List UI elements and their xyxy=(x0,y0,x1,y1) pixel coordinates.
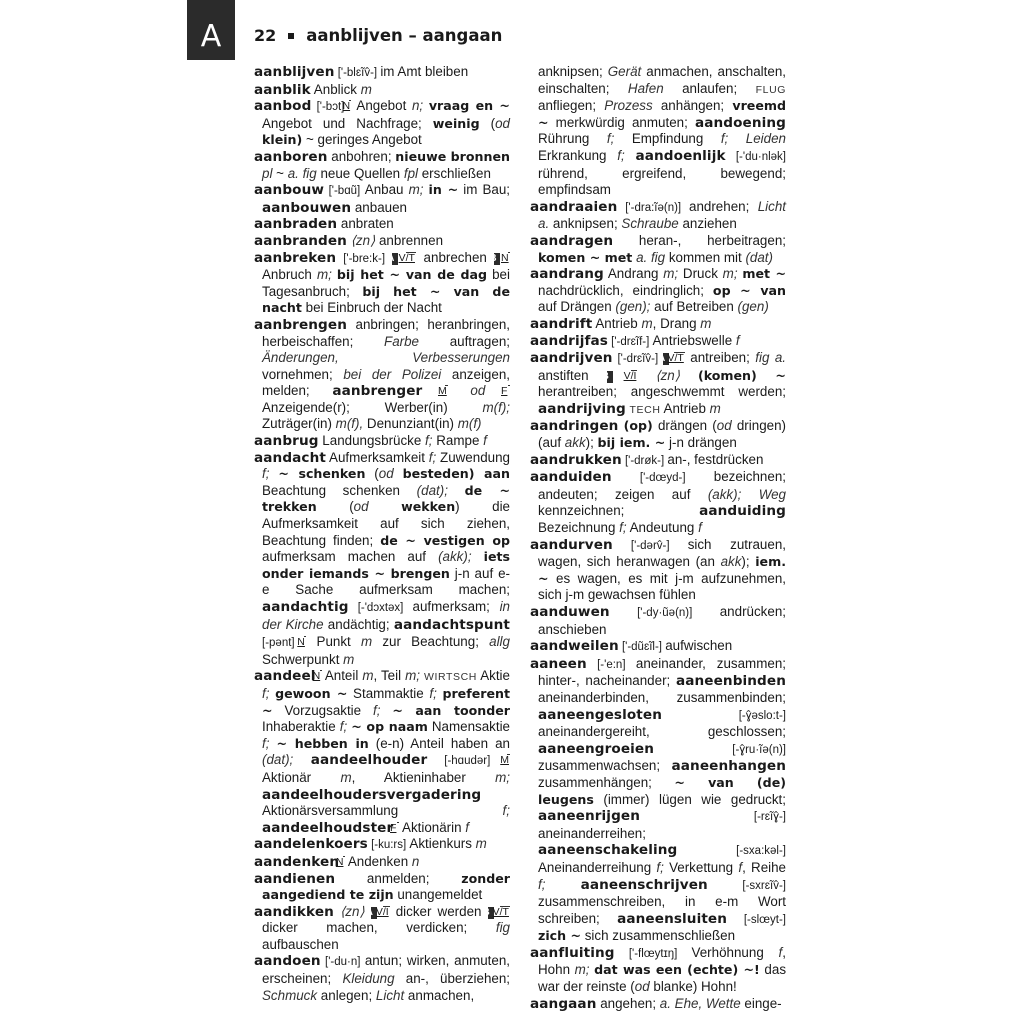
headword: aandragen xyxy=(530,233,613,249)
sense-badge: B xyxy=(607,371,613,383)
definition-text: auf Drängen xyxy=(538,299,615,314)
dictionary-entry: aandraaien ['-dra:ĩə(n)] andrehen; Licht… xyxy=(530,199,786,233)
definition-text: erschließen xyxy=(418,166,491,181)
definition-text: Aktionärsversammlung xyxy=(262,803,503,818)
headword: aanbrenger xyxy=(332,383,422,399)
definition-text: dicker machen, verdicken; xyxy=(262,920,496,935)
bold-phrase: ~ schenken xyxy=(278,466,365,481)
right-column: anknipsen; Gerät anmachen, anschalten, e… xyxy=(530,64,786,1012)
pronunciation: ['-flœytɪŋ] xyxy=(615,948,692,960)
headword: aanblijven xyxy=(254,64,335,80)
definition-text: Druck xyxy=(678,266,723,281)
definition-text: kommen mit xyxy=(665,250,745,265)
definition-text: , Reihe xyxy=(742,860,786,875)
dictionary-entry: aanbreken ['-bre:k-] A V/T anbrechen B N… xyxy=(254,250,510,317)
pronunciation: [-ku:rs] xyxy=(368,839,410,851)
dictionary-entry: aandragen heran-, herbeitragen; komen ~ … xyxy=(530,233,786,266)
definition-text: Zuwendung xyxy=(436,450,510,465)
definition-text: aufbauschen xyxy=(262,937,339,952)
dictionary-entry: aandrift Antrieb m, Drang m xyxy=(530,316,786,333)
definition-text: Antriebswelle xyxy=(653,333,736,348)
definition-text: Namensaktie xyxy=(428,719,510,734)
page-number: 22 xyxy=(254,26,276,45)
italic-label: (dat) xyxy=(745,250,773,265)
bold-phrase: gewoon ~ xyxy=(275,686,347,701)
definition-text xyxy=(741,487,758,502)
definition-text: drängen ( xyxy=(653,418,717,433)
definition-text: anmelden; xyxy=(335,871,461,886)
definition-text: Verkettung xyxy=(664,860,738,875)
section-letter-tab: A xyxy=(187,0,235,60)
definition-text: zusammenhängen; xyxy=(538,775,674,790)
left-column: aanblijven ['-blɛĩv̂-] im Amt bleibenaan… xyxy=(254,64,510,1004)
pronunciation: ['-dy·ũə(n)] xyxy=(610,607,720,619)
definition-text xyxy=(472,549,484,564)
italic-label: n xyxy=(412,854,419,869)
bold-phrase: komen ~ met xyxy=(538,250,632,265)
grammar-label: M xyxy=(507,754,510,766)
definition-text xyxy=(269,466,278,481)
italic-label: m; xyxy=(663,266,678,281)
headword: aaneenschrijven xyxy=(581,877,708,893)
headword: aandikken xyxy=(254,904,334,920)
definition-text: rührend, ergreifend, bewegend; empfindsa… xyxy=(538,166,786,198)
definition-text: Aneinanderreihung xyxy=(538,860,656,875)
definition-text: Andeutung xyxy=(627,520,698,535)
definition-text: Rampe xyxy=(433,433,484,448)
italic-label: od xyxy=(717,418,732,433)
dictionary-entry: aandienen anmelden; zonder aangediend te… xyxy=(254,871,510,904)
italic-label: m; xyxy=(495,770,510,785)
italic-label: f; xyxy=(617,148,624,163)
definition-text: j-n drängen xyxy=(665,435,736,450)
pronunciation: [-hɑudər] xyxy=(427,755,507,767)
italic-label: Leiden xyxy=(746,131,786,146)
headword: aandeelhouder xyxy=(311,752,428,768)
definition-text: aufmerksam machen auf xyxy=(262,549,438,564)
dictionary-entry: aandacht Aufmerksamkeit f; Zuwendung f; … xyxy=(254,450,510,669)
headword: aandrift xyxy=(530,316,592,332)
headword: aaneensluiten xyxy=(617,911,727,927)
headword: aaneenhangen xyxy=(672,758,787,774)
italic-label: Weg xyxy=(759,487,786,502)
definition-text: auftragen; xyxy=(419,334,510,349)
definition-text: blanke) Hohn! xyxy=(650,979,737,994)
definition-text: anziehen xyxy=(679,216,737,231)
definition-text: einge- xyxy=(741,996,782,1011)
definition-text: ( xyxy=(480,116,495,131)
dictionary-entry: anknipsen; Gerät anmachen, anschalten, e… xyxy=(530,64,786,199)
bold-phrase: (op) xyxy=(624,418,653,433)
definition-text: Antrieb xyxy=(592,316,641,331)
bold-phrase: in ~ xyxy=(429,182,459,197)
definition-text: anhängen; xyxy=(653,98,733,113)
dictionary-entry: aanbraden anbraten xyxy=(254,216,510,233)
bold-phrase: besteden) aan xyxy=(403,466,510,481)
dictionary-entry: aandrukken ['-drøk-] an-, festdrücken xyxy=(530,452,786,470)
italic-label: m xyxy=(361,82,372,97)
dictionary-entry: aandrang Andrang m; Druck m; met ~ nachd… xyxy=(530,266,786,316)
headword: aangaan xyxy=(530,996,596,1012)
definition-text: Zuträger(in) xyxy=(262,416,336,431)
definition-text: Rührung xyxy=(538,131,607,146)
dictionary-entry: aanboren anbohren; nieuwe bronnen pl ~ a… xyxy=(254,149,510,182)
headword: aandeel xyxy=(254,668,316,684)
headword: aanbrug xyxy=(254,433,319,449)
pronunciation: [-ɣ̂ru·ĩə(n)] xyxy=(654,744,786,756)
definition-text xyxy=(545,877,580,892)
definition-text: Aktienkurs xyxy=(409,836,475,851)
definition-text: ( xyxy=(317,499,354,514)
definition-text: Schwerpunkt xyxy=(262,652,343,667)
dictionary-entry: aanduwen ['-dy·ũə(n)] andrücken; anschie… xyxy=(530,604,786,638)
definition-text xyxy=(293,752,311,767)
pronunciation: [-'dɔxtəx] xyxy=(349,602,413,614)
grammar-label: N xyxy=(508,252,510,264)
definition-text: im Bau; xyxy=(458,182,510,197)
bold-phrase: zich ~ xyxy=(538,928,581,943)
definition-text: Angebot xyxy=(351,98,412,113)
italic-label: m; xyxy=(405,668,420,683)
bold-phrase: ~ op naam xyxy=(351,719,428,734)
headword: aaneenrijgen xyxy=(538,808,640,824)
definition-text: Empfindung xyxy=(614,131,720,146)
italic-label: od xyxy=(379,466,394,481)
italic-label: m xyxy=(362,668,373,683)
definition-text: merkwürdig anmuten; xyxy=(549,115,695,130)
definition-text: herantreiben; angeschwemmt werden; xyxy=(538,384,786,399)
definition-text: aufmerksam; xyxy=(413,599,500,614)
dictionary-entry: aandringen (op) drängen (od dringen) (au… xyxy=(530,418,786,451)
definition-text xyxy=(625,148,636,163)
dictionary-entry: aanbouw ['-bɑũ] Anbau m; in ~ im Bau; aa… xyxy=(254,182,510,216)
headword: aandoen xyxy=(254,953,321,969)
pronunciation: [-rɛĩɣ̂-] xyxy=(640,811,786,823)
headword: aandoenlijk xyxy=(635,148,725,164)
definition-text: zur Beachtung; xyxy=(372,634,489,649)
headword: aandurven xyxy=(530,537,613,553)
definition-text: anbrechen xyxy=(416,250,494,265)
subject-label: FLUG xyxy=(756,84,786,96)
definition-text: nachdrücklich, eindringlich; xyxy=(538,283,713,298)
definition-text xyxy=(637,368,655,383)
headword: aanduiden xyxy=(530,469,612,485)
definition-text: Andrang xyxy=(604,266,663,281)
italic-label: m; xyxy=(575,962,590,977)
italic-label: fpl xyxy=(404,166,418,181)
dictionary-entry: aanbranden ⟨zn⟩ anbrennen xyxy=(254,233,510,250)
definition-text: andächtig; xyxy=(324,617,394,632)
headword: aanbreken xyxy=(254,250,336,266)
definition-text: auf Betreiben xyxy=(650,299,737,314)
pronunciation: ['-bɑũ] xyxy=(324,185,365,197)
definition-text: neue Quellen xyxy=(317,166,404,181)
italic-label: od xyxy=(495,116,510,131)
pronunciation: ['-dœyd-] xyxy=(612,472,714,484)
grammar-label: F xyxy=(508,385,510,397)
italic-label: ⟨zn⟩ xyxy=(340,904,365,919)
definition-text: anlegen; xyxy=(317,988,376,1003)
definition-text: anlaufen; xyxy=(664,81,756,96)
subject-label: TECH xyxy=(630,404,661,416)
dictionary-entry: aandrijfas ['-drɛĩf-] Antriebswelle f xyxy=(530,333,786,351)
dictionary-entry: aandurven ['-dərv̂-] sich zutrauen, wage… xyxy=(530,537,786,604)
definition-text: aneinanderbinden, zusammenbinden; xyxy=(538,690,786,705)
dictionary-entry: aanbod ['-bɔt] N Angebot n; vraag en ~ A… xyxy=(254,98,510,149)
headword: aandweilen xyxy=(530,638,619,654)
italic-label: m xyxy=(361,634,372,649)
definition-text: Andenken xyxy=(345,854,412,869)
headword: aanduiding xyxy=(699,503,786,519)
dictionary-entry: aanbrengen anbringen; heranbringen, herb… xyxy=(254,317,510,433)
italic-label: m xyxy=(343,652,354,667)
headword: aandringen xyxy=(530,418,618,434)
dictionary-entry: aangaan angehen; a. Ehe, Wette einge- xyxy=(530,996,786,1013)
italic-label: a. fig xyxy=(636,250,665,265)
headword: aandrijfas xyxy=(530,333,608,349)
italic-label: Änderungen, Verbesserungen xyxy=(262,350,510,365)
definition-text: Anzeigende(r); Werber(in) xyxy=(262,400,482,415)
definition-text: anknipsen; xyxy=(538,64,608,79)
italic-label: f xyxy=(736,333,740,348)
dictionary-entry: aanbrug Landungsbrücke f; Rampe f xyxy=(254,433,510,450)
definition-text xyxy=(394,466,403,481)
italic-label: Farbe xyxy=(384,334,419,349)
italic-label: Kleidung xyxy=(342,971,394,986)
italic-label: (gen) xyxy=(738,299,769,314)
definition-text: Anbau xyxy=(365,182,409,197)
italic-label: a. Ehe, Wette xyxy=(660,996,741,1011)
italic-label: (gen); xyxy=(615,299,650,314)
definition-text: angehen; xyxy=(596,996,659,1011)
italic-label: fig a. xyxy=(755,350,786,365)
bold-phrase: met ~ xyxy=(742,266,786,281)
definition-text: ~ geringes Angebot xyxy=(302,132,422,147)
dictionary-entry: aanduiden ['-dœyd-] bezeichnen; andeuten… xyxy=(530,469,786,536)
definition-text: Anbruch xyxy=(262,267,317,282)
pronunciation: ['-dərv̂-] xyxy=(613,540,688,552)
italic-label: f; xyxy=(656,860,663,875)
italic-label: (dat); xyxy=(417,483,448,498)
italic-label: f xyxy=(465,820,469,835)
italic-label: f; xyxy=(425,433,432,448)
bold-phrase: ~ aan toonder xyxy=(392,703,510,718)
dictionary-entry: aanfluiting ['-flœytɪŋ] Verhöhnung f, Ho… xyxy=(530,945,786,996)
definition-text xyxy=(448,383,471,398)
headword: aandacht xyxy=(254,450,326,466)
italic-label: n; xyxy=(412,98,423,113)
italic-label: od xyxy=(354,499,369,514)
definition-text: es wagen, es mit j-m aufzunehmen, sich j… xyxy=(538,571,786,603)
italic-label: Gerät xyxy=(608,64,642,79)
definition-text xyxy=(369,499,402,514)
definition-text: ); xyxy=(586,435,598,450)
definition-text: (e-n) Anteil haben an xyxy=(369,736,510,751)
definition-text: Aktionärin xyxy=(399,820,465,835)
italic-label: m xyxy=(476,836,487,851)
definition-text xyxy=(680,368,698,383)
dictionary-entry: aandeel N Anteil m, Teil m; WIRTSCH Akti… xyxy=(254,668,510,836)
italic-label: (akk); xyxy=(438,549,471,564)
definition-text: unangemeldet xyxy=(394,887,483,902)
bold-phrase: (komen) ~ xyxy=(698,368,786,383)
headword: aandachtig xyxy=(262,599,349,615)
headword: aandachtspunt xyxy=(394,617,510,633)
definition-text: im Amt bleiben xyxy=(380,64,468,79)
italic-label: akk xyxy=(721,554,742,569)
definition-text: Inhaberaktie xyxy=(262,719,340,734)
definition-text: Punkt xyxy=(306,634,361,649)
definition-text: aneinanderreihen; xyxy=(538,826,646,841)
headword: aanboren xyxy=(254,149,328,165)
definition-text: anknipsen; xyxy=(549,216,621,231)
italic-label: Hafen xyxy=(628,81,664,96)
italic-label: (dat); xyxy=(262,752,293,767)
pronunciation: ['-drøk-] xyxy=(622,455,668,467)
definition-text: Beachtung schenken xyxy=(262,483,417,498)
definition-text: Aktionär xyxy=(262,770,340,785)
bold-phrase: dat was een (echte) ~! xyxy=(594,962,760,977)
bold-phrase: de ~ vestigen op xyxy=(380,533,510,548)
definition-text: Antrieb xyxy=(661,401,710,416)
definition-text xyxy=(728,131,746,146)
definition-text: anbohren; xyxy=(328,149,396,164)
italic-label: Schraube xyxy=(621,216,678,231)
definition-text: zusammenwachsen; xyxy=(538,758,672,773)
headword: aanbrengen xyxy=(254,317,347,333)
definition-text: , Drang xyxy=(653,316,701,331)
dictionary-entry: aandweilen ['-dũɛĩl-] aufwischen xyxy=(530,638,786,656)
italic-label: m; xyxy=(317,267,332,282)
definition-text: bei Einbruch der Nacht xyxy=(302,300,442,315)
headword: aandenken xyxy=(254,854,339,870)
definition-text xyxy=(448,483,465,498)
definition-text: dicker werden xyxy=(390,904,488,919)
italic-label: m(f), xyxy=(336,416,364,431)
definition-text: anbrennen xyxy=(375,233,443,248)
italic-label: m; xyxy=(409,182,424,197)
italic-label: ⟨zn⟩ xyxy=(351,233,376,248)
definition-text: Anteil xyxy=(322,668,363,683)
bold-phrase: klein) xyxy=(262,132,302,147)
grammar-label: V/T xyxy=(406,252,416,264)
definition-text: Anblick xyxy=(311,82,361,97)
pronunciation: [-'e:n] xyxy=(587,659,636,671)
italic-label: Prozess xyxy=(604,98,652,113)
grammar-label: V/T xyxy=(674,352,684,364)
definition-text: anstiften xyxy=(538,368,607,383)
headword: aandrang xyxy=(530,266,604,282)
definition-text: ); xyxy=(741,554,755,569)
headword: aanbouwen xyxy=(262,200,351,216)
headword: aanbraden xyxy=(254,216,337,232)
italic-label: f; xyxy=(619,520,626,535)
pronunciation: ['-dũɛĩl-] xyxy=(619,641,665,653)
headword: aanbod xyxy=(254,98,311,114)
headword: aaneen xyxy=(530,656,587,672)
definition-text: ( xyxy=(365,466,378,481)
pronunciation: ['-bre:k-] xyxy=(336,253,392,265)
headword: aaneengroeien xyxy=(538,741,654,757)
italic-label: od xyxy=(635,979,650,994)
italic-label: f xyxy=(483,433,487,448)
italic-label: f; xyxy=(503,803,510,818)
definition-text: Vorzugsaktie xyxy=(273,703,373,718)
dictionary-entry: aandikken ⟨zn⟩ A V/I dicker werden B V/T… xyxy=(254,904,510,954)
headword: aaneenbinden xyxy=(676,673,786,689)
headword: aanduwen xyxy=(530,604,610,620)
dictionary-entry: aandenken N Andenken n xyxy=(254,854,510,871)
definition-text: an-, überziehen; xyxy=(395,971,510,986)
bold-phrase: nieuwe bronnen xyxy=(395,149,510,164)
italic-label: od xyxy=(470,383,485,398)
definition-text: anfliegen; xyxy=(538,98,604,113)
italic-label: m(f) xyxy=(458,416,482,431)
dictionary-entry: aandelenkoers [-ku:rs] Aktienkurs m xyxy=(254,836,510,854)
dictionary-entry: aandrijven ['-drɛĩv̂-] A V/T antreiben; … xyxy=(530,350,786,418)
definition-text: kennzeichnen; xyxy=(538,503,699,518)
italic-label: allg xyxy=(489,634,510,649)
definition-text: andrehen; xyxy=(689,199,758,214)
italic-label: Licht xyxy=(376,988,404,1003)
italic-label: pl xyxy=(262,166,272,181)
italic-label: (akk); xyxy=(708,487,741,502)
headword: aandrukken xyxy=(530,452,622,468)
italic-label: a. fig xyxy=(288,166,317,181)
grammar-label: V/T xyxy=(500,906,510,918)
italic-label: m xyxy=(641,316,652,331)
pronunciation: [-'du·nlək] xyxy=(726,151,786,163)
definition-text: aufwischen xyxy=(665,638,732,653)
grammar-label: V/I xyxy=(383,906,390,918)
headword: aandeelhoudster xyxy=(262,820,393,836)
headword: aandienen xyxy=(254,871,335,887)
definition-text: Landungsbrücke xyxy=(319,433,425,448)
bold-phrase: ~ hebben in xyxy=(276,736,368,751)
italic-label: m; xyxy=(723,266,738,281)
pronunciation: ['-blɛĩv̂-] xyxy=(335,67,381,79)
separator-square-icon xyxy=(288,33,294,39)
italic-label: akk xyxy=(565,435,586,450)
headword: aanblik xyxy=(254,82,311,98)
headword: aandelenkoers xyxy=(254,836,368,852)
headword: aaneenschakeling xyxy=(538,842,677,858)
bold-phrase: vraag en ~ xyxy=(429,98,510,113)
definition-text: Aufmerksamkeit xyxy=(326,450,429,465)
page-header: 22 aanblijven – aangaan xyxy=(254,26,502,45)
pronunciation: [-slœyt-] xyxy=(727,914,786,926)
definition-text: Denunziant(in) xyxy=(363,416,458,431)
definition-text: anbauen xyxy=(351,200,407,215)
italic-label: m xyxy=(710,401,721,416)
headword: aaneengesloten xyxy=(538,707,662,723)
subject-label: WIRTSCH xyxy=(424,671,477,683)
definition-text: Angebot und Nachfrage; xyxy=(262,116,433,131)
pronunciation: [-sxa:kəl-] xyxy=(677,845,786,857)
bold-phrase: wekken xyxy=(401,499,455,514)
italic-label: m xyxy=(700,316,711,331)
headword: aandrijven xyxy=(530,350,613,366)
dictionary-entry: aandoen ['-du·n] antun; wirken, anmuten,… xyxy=(254,953,510,1004)
headword: aanbouw xyxy=(254,182,324,198)
italic-label: m(f); xyxy=(482,400,510,415)
definition-text: Aktie xyxy=(477,668,510,683)
definition-text: Bezeichnung xyxy=(538,520,619,535)
definition-text: sich zusammenschließen xyxy=(581,928,735,943)
pronunciation: [-sxrɛĩv̂-] xyxy=(708,880,786,892)
definition-text: antreiben; xyxy=(685,350,755,365)
bold-phrase: op ~ van xyxy=(713,283,786,298)
